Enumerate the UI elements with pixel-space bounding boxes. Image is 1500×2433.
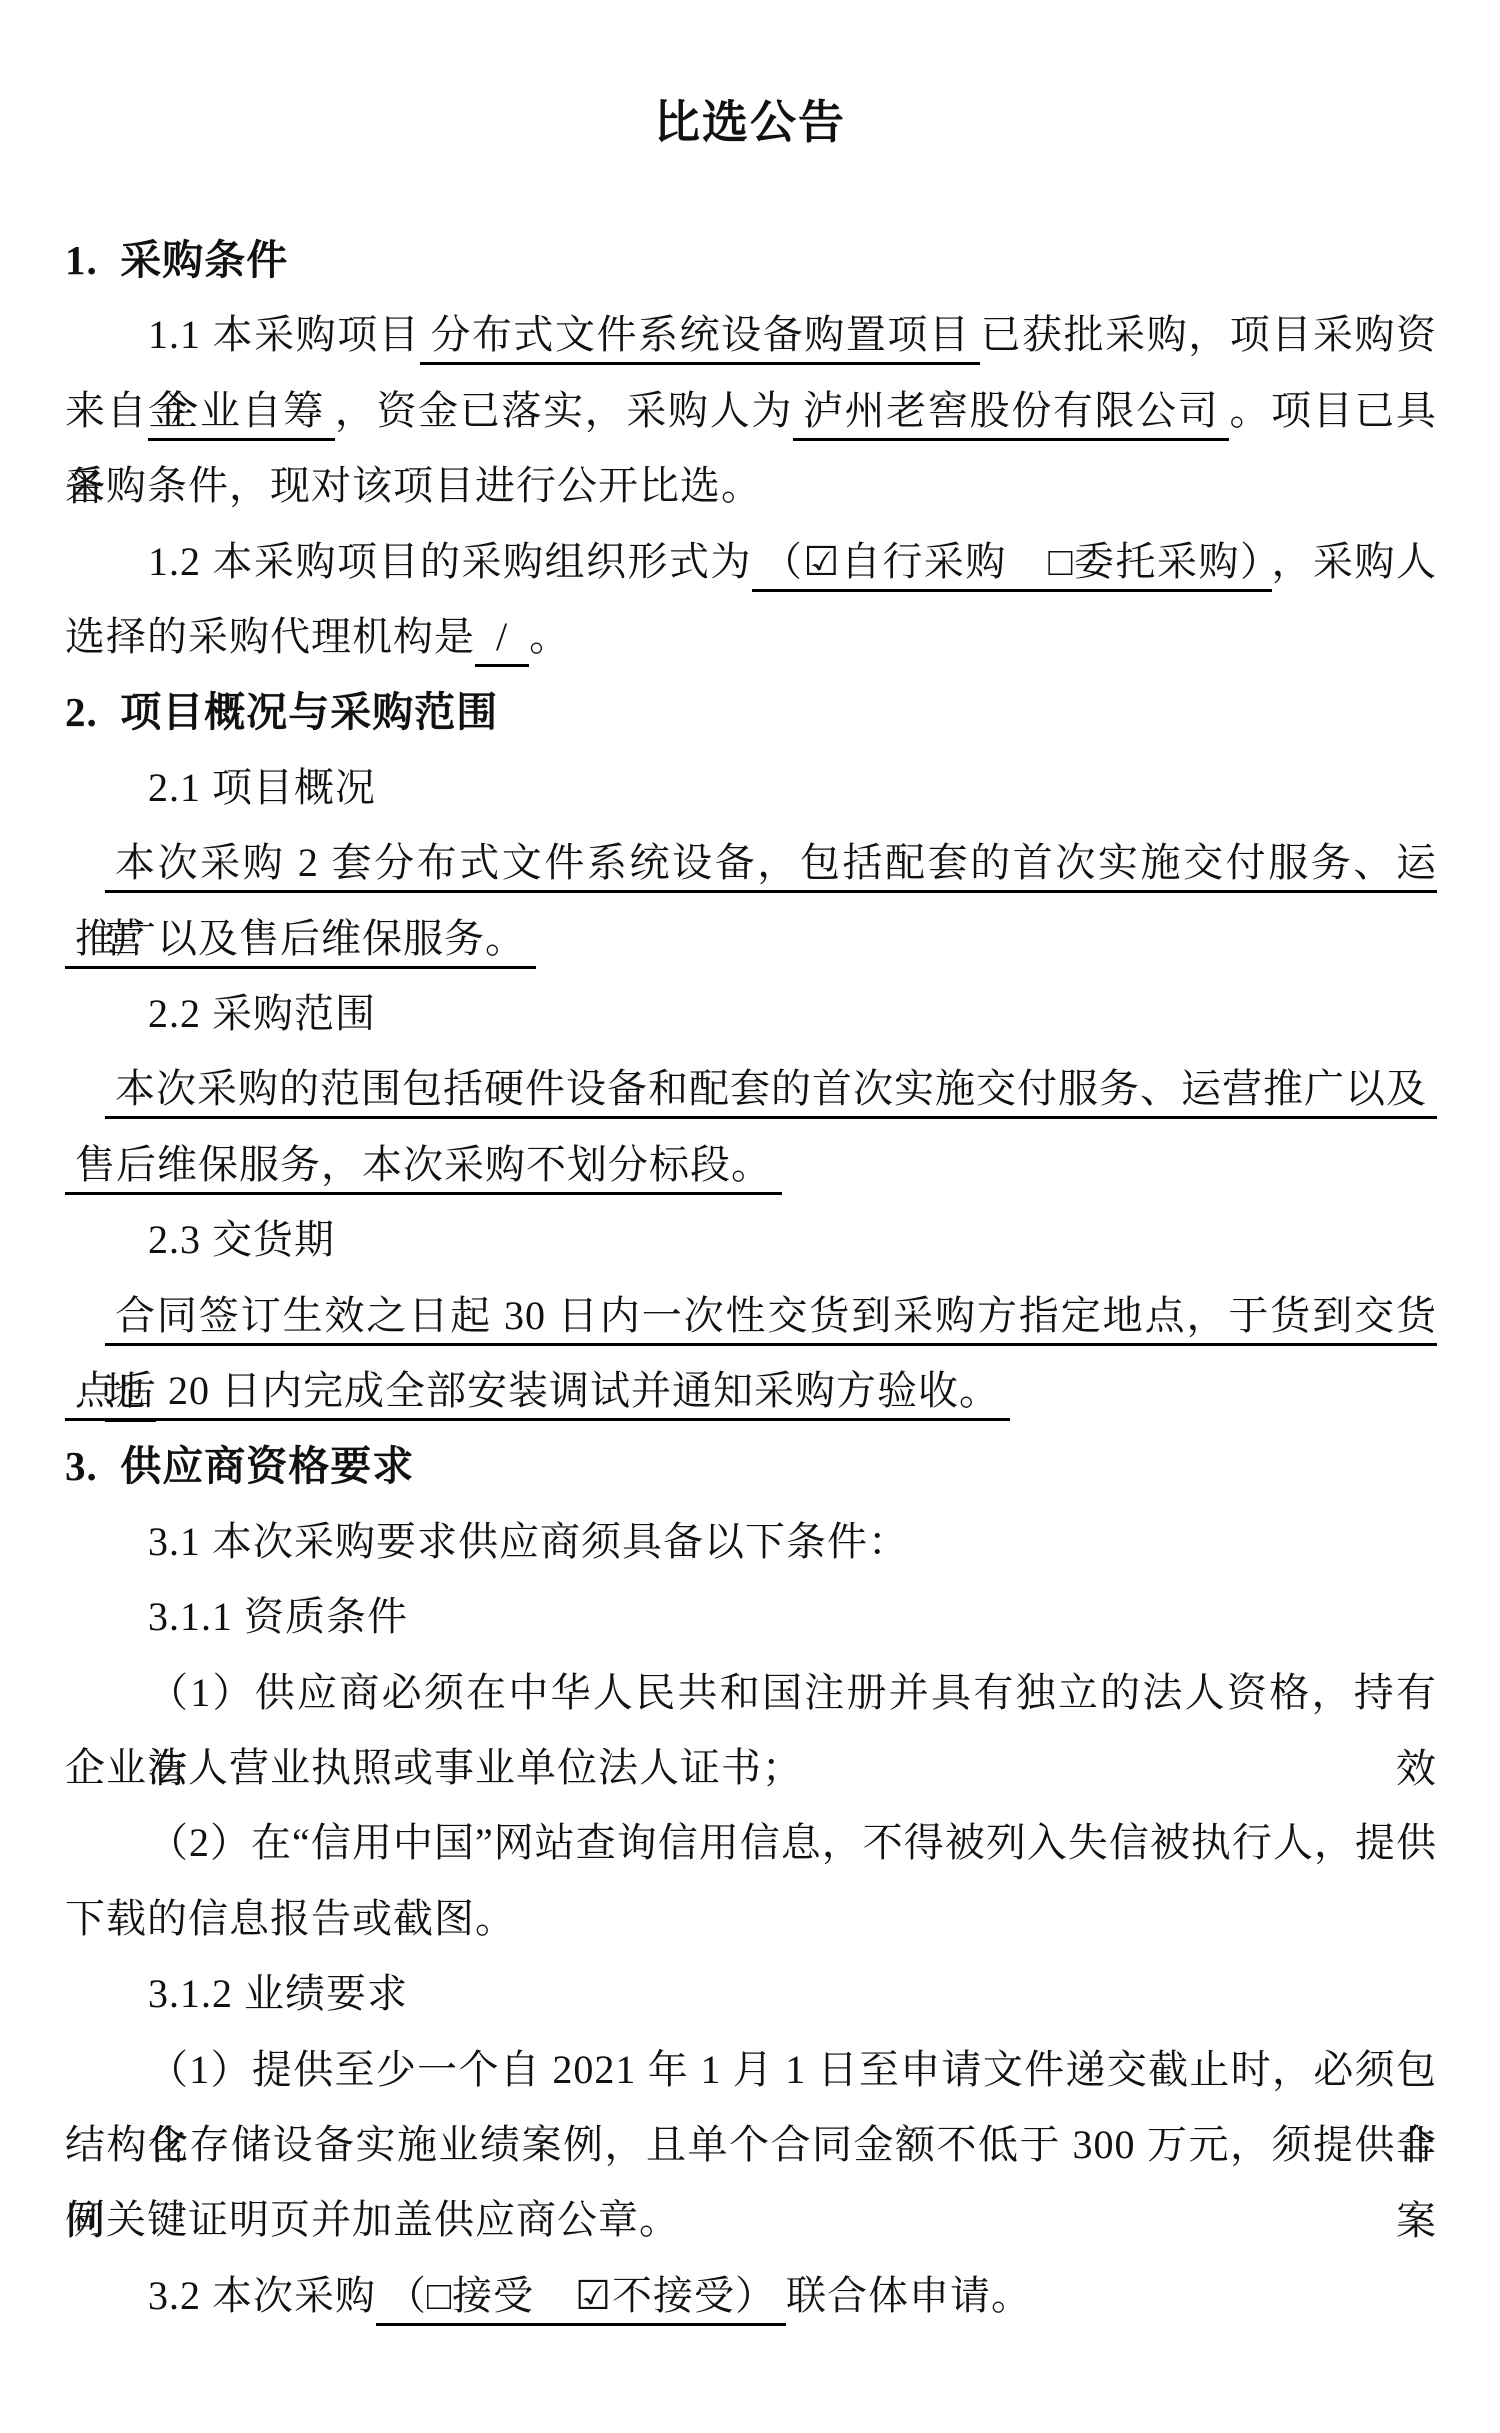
para-3-1-2-item-1-line-2: 结构化存储设备实施业绩案例，且单个合同金额不低于 300 万元，须提供合同案 (65, 2107, 1437, 2183)
text-segment: 1. 采购条件 (65, 237, 288, 283)
text-segment: 选择的采购代理机构是 (65, 614, 475, 659)
subheading-2-3: 2.3 交货期 (65, 1202, 1437, 1278)
underlined-field: 售后维保服务，本次采购不划分标段。 (65, 1142, 782, 1195)
text-segment: 不接受） (612, 2273, 776, 2318)
para-1-1-line-1: 1.1 本采购项目分布式文件系统设备购置项目已获批采购，项目采购资金 (65, 297, 1437, 373)
text-segment: （ (386, 2273, 427, 2318)
text-segment: 1.1 本采购项目 (148, 312, 420, 357)
para-3-1-1-item-1-line-1: （1）供应商必须在中华人民共和国注册并具有独立的法人资格，持有有效 (65, 1655, 1437, 1731)
text-segment: 来自 (65, 388, 148, 433)
para-1-2-line-2: 选择的采购代理机构是 / 。 (65, 599, 1437, 675)
text-segment: 下载的信息报告或截图。 (65, 1896, 516, 1941)
subheading-2-1: 2.1 项目概况 (65, 750, 1437, 826)
para-3-1-1-item-1-line-2: 企业法人营业执照或事业单位法人证书； (65, 1730, 1437, 1806)
para-1-1-line-3: 采购条件，现对该项目进行公开比选。 (65, 448, 1437, 524)
para-1-1-line-2: 来自企业自筹，资金已落实，采购人为泸州老窖股份有限公司。项目已具备 (65, 373, 1437, 449)
text-segment: 2.2 采购范围 (148, 991, 376, 1036)
text-segment: 2.3 交货期 (148, 1217, 335, 1262)
heading-3-supplier-qualification: 3. 供应商资格要求 (65, 1428, 1437, 1504)
underlined-field: （□接受 ☑不接受） (376, 2273, 786, 2326)
para-2-2-line-2: 售后维保服务，本次采购不划分标段。 (65, 1127, 1437, 1203)
para-2-2-line-1: 本次采购的范围包括硬件设备和配套的首次实施交付服务、运营推广以及 (65, 1051, 1437, 1127)
subheading-3-1: 3.1 本次采购要求供应商须具备以下条件： (65, 1504, 1437, 1580)
text-segment: 泸州老窖股份有限公司 (803, 388, 1219, 433)
text-segment: （2）在“信用中国”网站查询信用信息，不得被列入失信被执行人，提供 (148, 1820, 1437, 1865)
underlined-field: 推广以及售后维保服务。 (65, 916, 536, 969)
underlined-field: / (475, 614, 529, 667)
para-3-1-1-item-2-line-1: （2）在“信用中国”网站查询信用信息，不得被列入失信被执行人，提供 (65, 1805, 1437, 1881)
underlined-field: 企业自筹 (148, 388, 335, 441)
text-segment: 企业自筹 (158, 388, 325, 433)
text-segment: / (485, 614, 519, 659)
page-title: 比选公告 (0, 85, 1500, 161)
text-segment: ，资金已落实，采购人为 (335, 388, 793, 433)
text-segment: 点后 20 日内完成全部安装调试并通知采购方验收。 (75, 1368, 1000, 1413)
text-segment: 3.1.2 业绩要求 (148, 1971, 408, 2016)
para-3-1-1-item-2-line-2: 下载的信息报告或截图。 (65, 1881, 1437, 1957)
para-3-1-2-item-1-line-1: （1）提供至少一个自 2021 年 1 月 1 日至申请文件递交截止时，必须包含… (65, 2032, 1437, 2108)
text-segment: 接受 (452, 2273, 575, 2318)
text-segment: 采购条件，现对该项目进行公开比选。 (65, 463, 762, 508)
para-3-1-2-item-1-line-3: 例关键证明页并加盖供应商公章。 (65, 2182, 1437, 2258)
heading-2-project-overview-scope: 2. 项目概况与采购范围 (65, 674, 1437, 750)
text-segment: 。 (529, 614, 570, 659)
para-3-2-line-1: 3.2 本次采购（□接受 ☑不接受）联合体申请。 (65, 2258, 1437, 2334)
para-2-3-line-2: 点后 20 日内完成全部安装调试并通知采购方验收。 (65, 1353, 1437, 1429)
underlined-field: 本次采购的范围包括硬件设备和配套的首次实施交付服务、运营推广以及 (105, 1066, 1437, 1119)
text-segment: （ (762, 539, 804, 584)
text-segment: 3.1.1 资质条件 (148, 1594, 408, 1639)
text-segment: 3.2 本次采购 (148, 2273, 376, 2318)
subheading-3-1-2: 3.1.2 业绩要求 (65, 1956, 1437, 2032)
text-segment: 分布式文件系统设备购置项目 (430, 312, 970, 357)
heading-1-procurement-conditions: 1. 采购条件 (65, 222, 1437, 298)
text-segment: 例关键证明页并加盖供应商公章。 (65, 2197, 680, 2242)
checkbox-unchecked-icon: □ (1048, 539, 1074, 584)
text-segment: 3. 供应商资格要求 (65, 1443, 414, 1489)
text-segment: 本次采购的范围包括硬件设备和配套的首次实施交付服务、运营推广以及 (115, 1066, 1427, 1111)
text-segment: 联合体申请。 (786, 2273, 1032, 2318)
text-segment: 2. 项目概况与采购范围 (65, 689, 498, 735)
para-2-1-line-2: 推广以及售后维保服务。 (65, 901, 1437, 977)
underlined-field: 分布式文件系统设备购置项目 (420, 312, 980, 365)
para-2-3-line-1: 合同签订生效之日起 30 日内一次性交货到采购方指定地点，于货到交货地 (65, 1278, 1437, 1354)
text-segment: 3.1 本次采购要求供应商须具备以下条件： (148, 1519, 909, 1564)
underlined-field: 泸州老窖股份有限公司 (793, 388, 1229, 441)
text-segment: 2.1 项目概况 (148, 765, 376, 810)
text-segment: 委托采购） (1074, 539, 1262, 584)
text-segment: 售后维保服务，本次采购不划分标段。 (75, 1142, 772, 1187)
text-segment: ，采购人 (1272, 539, 1438, 584)
checkbox-unchecked-icon: □ (427, 2273, 452, 2318)
text-segment: 1.2 本采购项目的采购组织形式为 (148, 539, 752, 584)
subheading-2-2: 2.2 采购范围 (65, 976, 1437, 1052)
underlined-field: 点后 20 日内完成全部安装调试并通知采购方验收。 (65, 1368, 1010, 1421)
text-segment: 推广以及售后维保服务。 (75, 916, 526, 961)
subheading-3-1-1: 3.1.1 资质条件 (65, 1579, 1437, 1655)
underlined-field: （☑自行采购 □委托采购） (752, 539, 1272, 592)
document-page: 比选公告 1. 采购条件1.1 本采购项目分布式文件系统设备购置项目已获批采购，… (0, 0, 1500, 2433)
text-segment: 企业法人营业执照或事业单位法人证书； (65, 1745, 803, 1790)
para-1-2-line-1: 1.2 本采购项目的采购组织形式为（☑自行采购 □委托采购），采购人 (65, 524, 1437, 600)
text-segment: 自行采购 (840, 539, 1048, 584)
checkbox-checked-icon: ☑ (575, 2273, 612, 2318)
para-2-1-line-1: 本次采购 2 套分布式文件系统设备，包括配套的首次实施交付服务、运营 (65, 825, 1437, 901)
checkbox-checked-icon: ☑ (804, 539, 841, 584)
